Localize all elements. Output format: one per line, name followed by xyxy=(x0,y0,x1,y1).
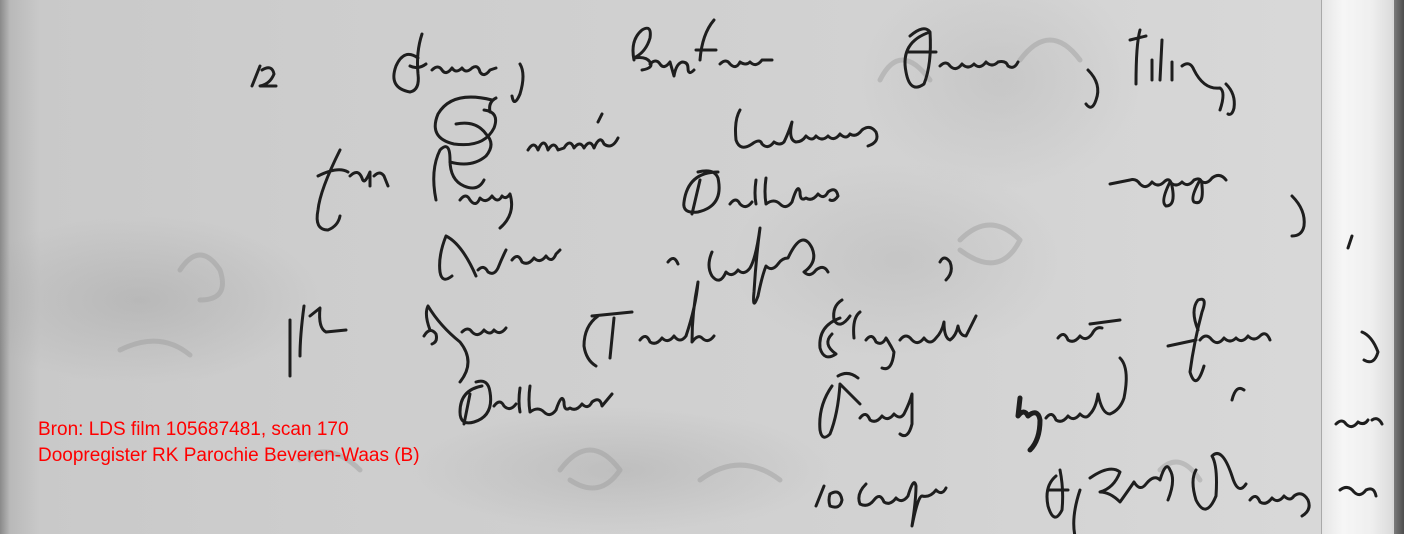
line-2-strokes xyxy=(435,97,877,164)
caption-register-line: Doopregister RK Parochie Beveren-Waas (B… xyxy=(38,443,420,469)
line-5-strokes xyxy=(290,282,1378,382)
source-caption: Bron: LDS film 105687481, scan 170 Doopr… xyxy=(38,417,420,469)
line-1-strokes xyxy=(252,20,1234,114)
document-scan: 12 Januarij Baptisatum Joannam filia Fab… xyxy=(0,0,1404,534)
line-6-strokes xyxy=(460,358,1382,450)
caption-source-line: Bron: LDS film 105687481, scan 170 xyxy=(38,417,420,443)
line-7-strokes xyxy=(816,454,1376,534)
